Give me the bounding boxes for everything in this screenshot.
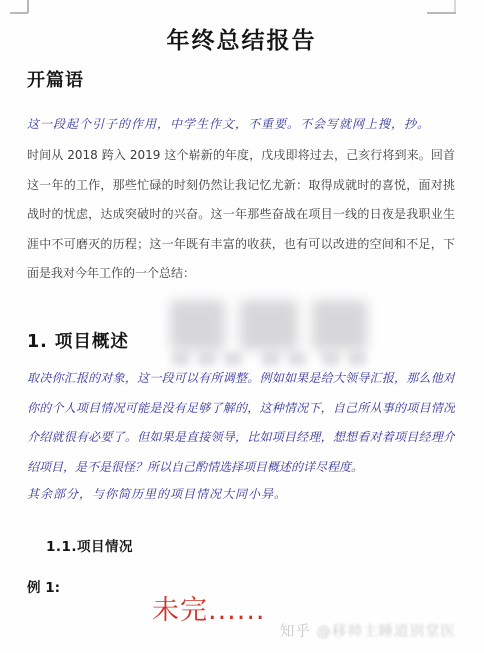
section1-note-extra: 其余部分，与你简历里的项目情况大同小异。 (27, 485, 287, 502)
body-line: 涯中不可磨灭的历程；这一年既有丰富的收获，也有可以改进的空间和不足，下 (27, 230, 455, 260)
example-label: 例 1: (27, 576, 60, 596)
watermark-block (312, 300, 367, 350)
margin-crop-mark-top-left (10, 12, 28, 14)
watermark-block (240, 300, 298, 350)
note-line: 你的个人项目情况可能是没有足够了解的，这种情况下，自己所从事的项目情况 (27, 394, 455, 424)
body-line: 面是我对今年工作的一个总结： (27, 259, 455, 289)
body-line: 这一年的工作，那些忙碌的时刻仍然让我记忆尤新：取得成就时的喜悦，面对挑 (27, 171, 455, 201)
opening-body-paragraph: 时间从 2018 跨入 2019 这个崭新的年度，戊戌即将过去，己亥行将到来。回… (27, 141, 455, 289)
heading-opening: 开篇语 (27, 66, 84, 92)
margin-crop-mark-top-right (427, 12, 456, 14)
zhihu-watermark: 知乎 @移帅主睡道别堂医 (280, 620, 456, 641)
document-title: 年终总结报告 (28, 22, 455, 55)
note-line: 绍项目，是不是很怪？所以自己酌情选择项目概述的详尽程度。 (27, 453, 455, 483)
margin-crop-mark-top-left-vertical (27, 0, 29, 13)
watermark-block (170, 300, 225, 350)
opening-note: 这一段起个引子的作用，中学生作文，不重要。不会写就网上搜，抄。 (27, 115, 430, 132)
document-page: 年终总结报告 开篇语 这一段起个引子的作用，中学生作文，不重要。不会写就网上搜，… (0, 0, 484, 653)
body-line: 时间从 2018 跨入 2019 这个崭新的年度，戊戌即将过去，己亥行将到来。回… (27, 141, 455, 171)
body-line: 战时的忧虑，达成突破时的兴奋。这一年那些奋战在项目一线的日夜是我职业生 (27, 200, 455, 230)
zhihu-watermark-handle: @移帅主睡道别堂医 (317, 624, 457, 640)
unfinished-text: 未完...... (152, 588, 266, 627)
margin-crop-mark-top-right-vertical (454, 0, 456, 12)
subheading-project-details: 1.1.项目情况 (46, 535, 133, 555)
note-line: 介绍就很有必要了。但如果是直接领导，比如项目经理，想想看对着项目经理介 (27, 423, 455, 453)
zhihu-watermark-prefix: 知乎 (280, 624, 317, 640)
section1-note-paragraph: 取决你汇报的对象，这一段可以有所调整。例如如果是给大领导汇报，那么他对 你的个人… (27, 364, 455, 482)
note-line: 取决你汇报的对象，这一段可以有所调整。例如如果是给大领导汇报，那么他对 (27, 364, 455, 394)
heading-project-overview: 1. 项目概述 (27, 328, 129, 353)
